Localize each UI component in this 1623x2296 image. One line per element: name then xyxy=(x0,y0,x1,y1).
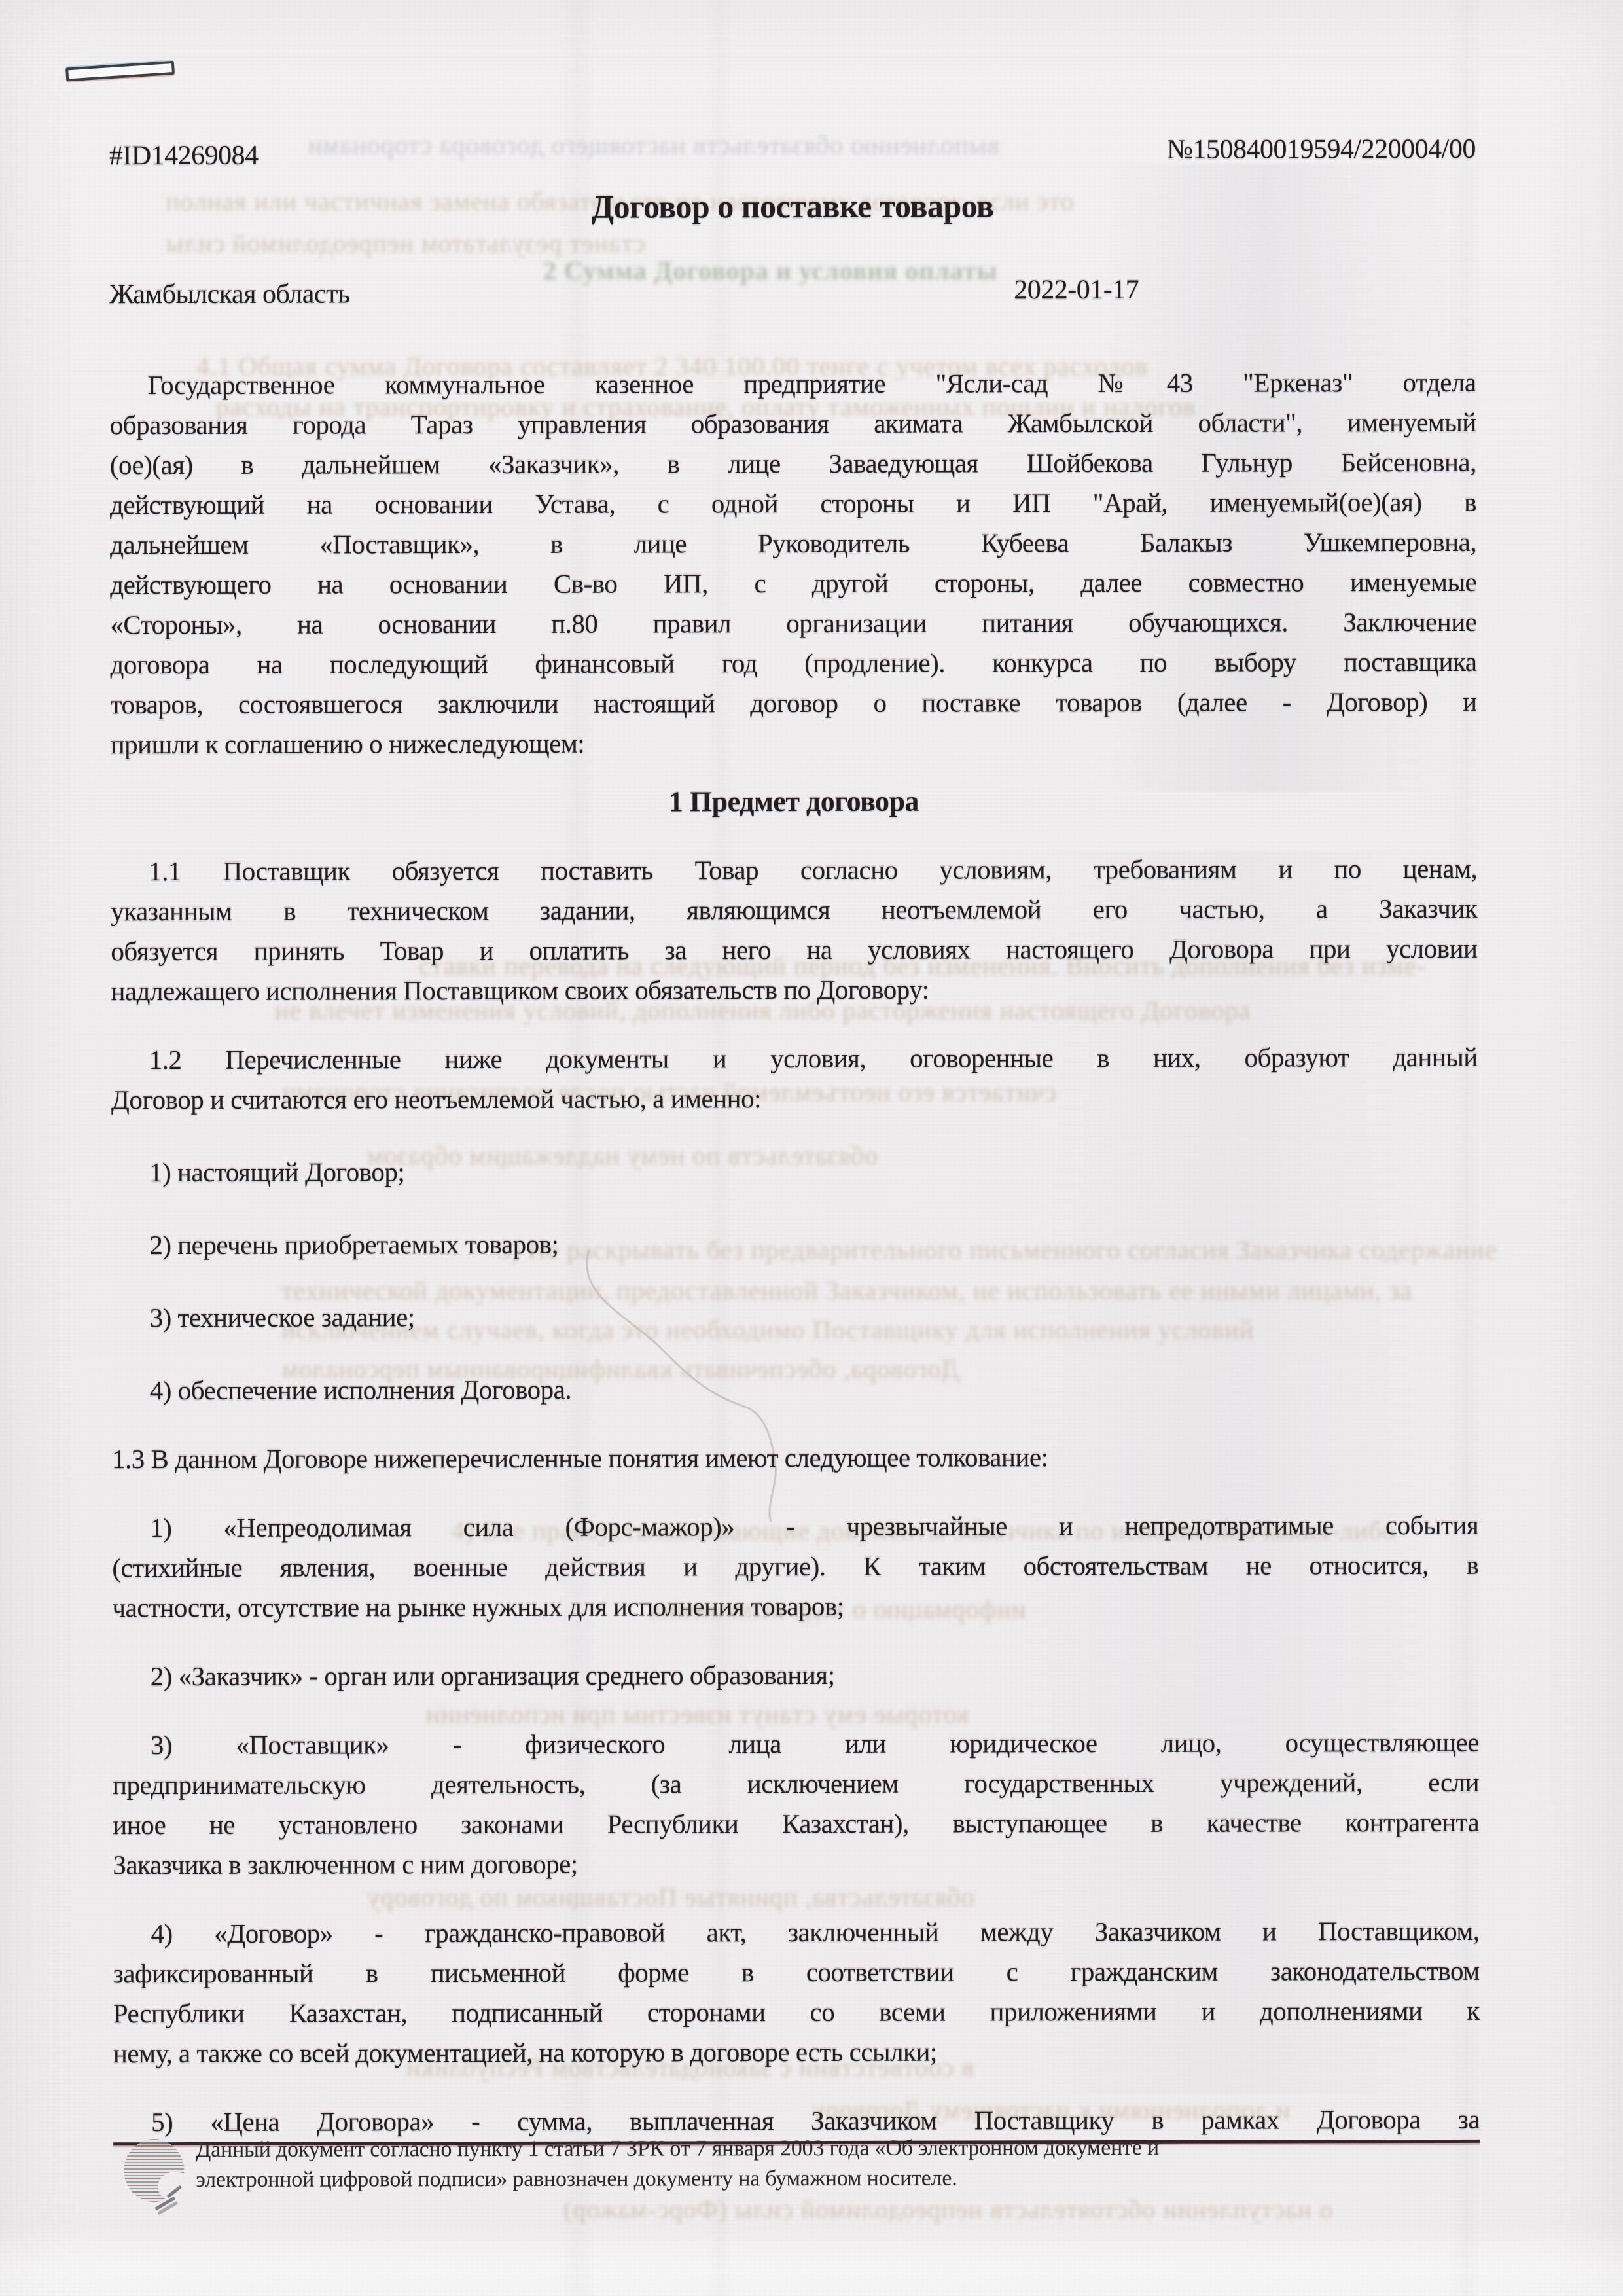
paragraph: 1.3 В данном Договоре нижеперечисленные … xyxy=(112,1437,1478,1479)
text-line: 2) «Заказчик» - орган или организация ср… xyxy=(113,1654,1479,1696)
text-line: указанным в техническом задании, являющи… xyxy=(111,889,1477,931)
text-line: договора на последующий финансовый год (… xyxy=(110,642,1476,685)
text-line: частности, отсутствие на рынке нужных дл… xyxy=(112,1585,1478,1628)
text-line: пришли к соглашению о нижеследующем: xyxy=(111,722,1477,764)
text-line: действующий на основании Устава, с одной… xyxy=(110,482,1476,525)
document-body: Государственное коммунальное казенное пр… xyxy=(109,363,1480,2145)
legal-footnote: Данный документ согласно пункту 1 статьи… xyxy=(196,2132,1491,2195)
paragraph: 3) техническое задание; xyxy=(111,1295,1478,1338)
footnote-line: Данный документ согласно пункту 1 статьи… xyxy=(196,2132,1491,2165)
document-id: #ID14269084 xyxy=(109,140,259,171)
text-line: 1.3 В данном Договоре нижеперечисленные … xyxy=(112,1437,1478,1479)
text-line: товаров, состоявшегося заключили настоящ… xyxy=(111,682,1477,725)
text-line: иное не установлено законами Республики … xyxy=(113,1803,1479,1845)
striped-globe-stamp-icon xyxy=(124,2139,202,2224)
text-line: (стихийные явления, военные действия и д… xyxy=(112,1545,1478,1588)
paragraph: 1) «Непреодолимая сила (Форс-мажор)» - ч… xyxy=(112,1505,1478,1628)
text-line: 2) перечень приобретаемых товаров; xyxy=(111,1223,1478,1265)
region-label: Жамбылская область xyxy=(109,278,349,310)
text-line: образования города Тараз управления обра… xyxy=(110,403,1476,445)
scanned-document-page: выполнению обязательств настоящего догов… xyxy=(0,0,1623,2296)
paragraph: 3) «Поставщик» - физического лица или юр… xyxy=(113,1723,1480,1885)
text-line: Договор и считаются его неотъемлемой час… xyxy=(111,1077,1478,1120)
text-line: Государственное коммунальное казенное пр… xyxy=(109,363,1476,405)
text-line: Заказчика в заключенном с ним договоре; xyxy=(113,1842,1479,1885)
paragraph: 4) «Договор» - гражданско-правовой акт, … xyxy=(113,1911,1480,2073)
text-line: действующего на основании Св-во ИП, с др… xyxy=(110,562,1476,605)
text-line: обязуется принять Товар и оплатить за не… xyxy=(111,929,1477,971)
text-line: 1.2 Перечисленные ниже документы и услов… xyxy=(111,1037,1478,1080)
text-line: 4) «Договор» - гражданско-правовой акт, … xyxy=(113,1911,1479,1954)
text-line: «Стороны», на основании п.80 правил орга… xyxy=(110,602,1476,645)
paragraph: 4) обеспечение исполнения Договора. xyxy=(112,1368,1478,1410)
text-line: 1) настоящий Договор; xyxy=(111,1150,1478,1193)
text-line: 3) техническое задание; xyxy=(111,1295,1478,1338)
text-line: 3) «Поставщик» - физического лица или юр… xyxy=(113,1723,1479,1765)
text-line: нему, а также со всей документацией, на … xyxy=(113,2031,1480,2073)
text-line: Республики Казахстан, подписанный сторон… xyxy=(113,1991,1480,2034)
text-line: 1.1 Поставщик обязуется поставить Товар … xyxy=(111,849,1477,891)
paragraph: 2) перечень приобретаемых товаров; xyxy=(111,1223,1478,1265)
corner-tick-mark xyxy=(65,61,175,82)
text-line: 1 Предмет договора xyxy=(111,780,1477,823)
document-content-wrapper: #ID14269084 №150840019594/220004/00 Дого… xyxy=(0,0,1623,2296)
text-line: предпринимательскую деятельность, (за ис… xyxy=(113,1763,1479,1805)
paragraph: Государственное коммунальное казенное пр… xyxy=(109,363,1476,764)
footnote-line: электронной цифровой подписи» равнозначе… xyxy=(196,2162,1491,2195)
meta-row: Жамбылская область 2022-01-17 xyxy=(109,276,1476,319)
paragraph: 2) «Заказчик» - орган или организация ср… xyxy=(113,1654,1479,1696)
stamp-notch xyxy=(158,2172,192,2202)
text-line: дальнейшем «Поставщик», в лице Руководит… xyxy=(110,522,1476,565)
paragraph: 1.2 Перечисленные ниже документы и услов… xyxy=(111,1037,1478,1120)
text-line: надлежащего исполнения Поставщиком своих… xyxy=(111,969,1477,1011)
section-heading: 1 Предмет договора xyxy=(111,780,1477,823)
text-line: зафиксированный в письменной форме в соо… xyxy=(113,1951,1480,1994)
paragraph: 1) настоящий Договор; xyxy=(111,1150,1478,1193)
text-line: 1) «Непреодолимая сила (Форс-мажор)» - ч… xyxy=(112,1505,1478,1548)
paragraph: 1.1 Поставщик обязуется поставить Товар … xyxy=(111,849,1478,1011)
text-line: (ое)(ая) в дальнейшем «Заказчик», в лице… xyxy=(110,442,1476,485)
text-line: 4) обеспечение исполнения Договора. xyxy=(112,1368,1478,1410)
contract-date: 2022-01-17 xyxy=(1014,274,1139,306)
document-title: Договор о поставке товаров xyxy=(109,186,1476,226)
document-number: №150840019594/220004/00 xyxy=(1167,134,1476,166)
header-row: #ID14269084 №150840019594/220004/00 xyxy=(109,137,1476,181)
